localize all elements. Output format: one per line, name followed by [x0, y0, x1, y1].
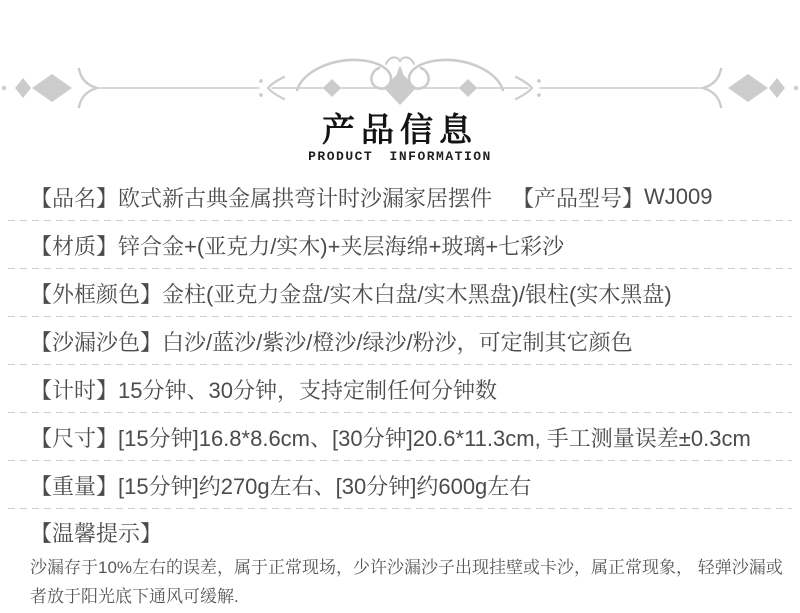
spec-row-size: 【尺寸】 [15分钟]16.8*8.6cm、[30分钟]20.6*11.3cm,…	[30, 413, 774, 461]
page-subtitle: PRODUCT INFORMATION	[0, 149, 800, 164]
spec-row-weight: 【重量】 [15分钟]约270g左右、[30分钟]约600g左右	[30, 461, 774, 509]
spec-row-frame-color: 【外框颜色】 金柱(亚克力金盘/实木白盘/实木黑盘)/银柱(实木黑盘)	[30, 269, 774, 317]
spec-value: 金柱(亚克力金盘/实木白盘/实木黑盘)/银柱(实木黑盘)	[162, 278, 672, 309]
spec-label: 【材质】	[30, 230, 118, 261]
spec-row-sand-color: 【沙漏沙色】 白沙/蓝沙/紫沙/橙沙/绿沙/粉沙，可定制其它颜色	[30, 317, 774, 365]
spec-value: 欧式新古典金属拱弯计时沙漏家居摆件	[118, 182, 492, 213]
spec-label: 【沙漏沙色】	[30, 326, 162, 357]
spec-list: 【品名】 欧式新古典金属拱弯计时沙漏家居摆件 【产品型号】 WJ009 【材质】…	[0, 173, 800, 611]
spec-label: 【计时】	[30, 374, 118, 405]
spec-value: [15分钟]16.8*8.6cm、[30分钟]20.6*11.3cm, 手工测量…	[118, 422, 751, 453]
spec-row-material: 【材质】 锌合金+(亚克力/实木)+夹层海绵+玻璃+七彩沙	[30, 221, 774, 269]
spec-value-model: WJ009	[644, 184, 712, 210]
spec-label: 【尺寸】	[30, 422, 118, 453]
spec-label-model: 【产品型号】	[512, 182, 644, 213]
spec-row-product-name: 【品名】 欧式新古典金属拱弯计时沙漏家居摆件 【产品型号】 WJ009	[30, 173, 774, 221]
spec-value: 15分钟、30分钟，支持定制任何分钟数	[118, 374, 497, 405]
spec-label: 【外框颜色】	[30, 278, 162, 309]
tips-label: 【温馨提示】	[30, 517, 162, 548]
right-end-ornament	[703, 69, 798, 107]
spec-value: 锌合金+(亚克力/实木)+夹层海绵+玻璃+七彩沙	[118, 230, 564, 261]
spec-label: 【重量】	[30, 470, 118, 501]
spec-value: 白沙/蓝沙/紫沙/橙沙/绿沙/粉沙，可定制其它颜色	[162, 326, 633, 357]
spec-row-tips: 【温馨提示】	[30, 509, 774, 551]
page-title: 产品信息	[0, 104, 800, 151]
tips-note-line: 沙漏存于10%左右的误差，属于正常现场，少许沙漏沙子出现挂壁或卡沙，属正常现象，…	[30, 558, 783, 577]
tips-note-line: 者放于阳光底下通风可缓解.	[30, 587, 239, 606]
spec-row-timing: 【计时】 15分钟、30分钟，支持定制任何分钟数	[30, 365, 774, 413]
left-end-ornament	[2, 69, 97, 107]
tips-note: 沙漏存于10%左右的误差，属于正常现场，少许沙漏沙子出现挂壁或卡沙，属正常现象，…	[30, 553, 774, 611]
spec-label: 【品名】	[30, 182, 118, 213]
spec-value: [15分钟]约270g左右、[30分钟]约600g左右	[118, 470, 531, 501]
product-info-page: 产品信息 PRODUCT INFORMATION 【品名】 欧式新古典金属拱弯计…	[0, 0, 800, 613]
